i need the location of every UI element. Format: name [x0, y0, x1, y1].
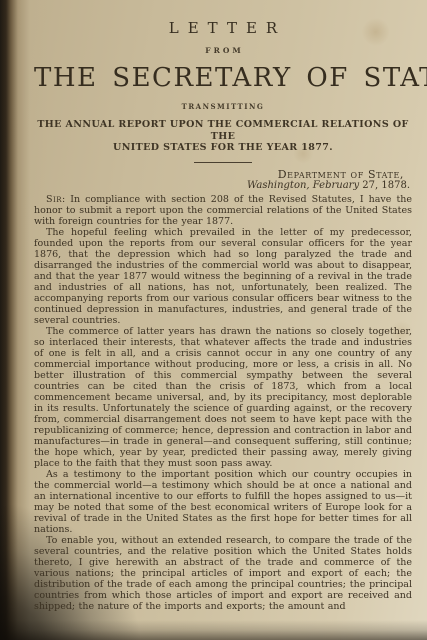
department-line: Department of State, [34, 169, 412, 181]
book-page: LETTER FROM THE SECRETARY OF STATE TRANS… [0, 0, 427, 640]
paragraph: As a testimony to the important position… [34, 469, 412, 535]
transmitting-label: TRANSMITTING [34, 102, 412, 111]
place-date-italic: Washington, February [247, 180, 359, 191]
place-date-line: Washington, February 27, 1878. [34, 180, 412, 192]
paragraph: To enable you, without an extended resea… [34, 535, 412, 612]
report-subtitle: THE ANNUAL REPORT UPON THE COMMERCIAL RE… [34, 119, 412, 154]
from-label: FROM [34, 46, 412, 55]
subtitle-line-2: UNITED STATES FOR THE YEAR 1877. [34, 142, 412, 154]
book-photo: LETTER FROM THE SECRETARY OF STATE TRANS… [0, 0, 427, 640]
paragraph: The commerce of latter years has drawn t… [34, 326, 412, 469]
body-paragraphs: Sir: In compliance with section 208 of t… [34, 194, 412, 612]
salutation: Sir [46, 194, 62, 205]
letter-title: LETTER [34, 19, 412, 37]
paragraph: The hopeful feeling which prevailed in t… [34, 227, 412, 326]
paragraph: Sir: In compliance with section 208 of t… [34, 194, 412, 227]
place-date-roman: 27, 1878. [359, 180, 410, 191]
subtitle-line-1: THE ANNUAL REPORT UPON THE COMMERCIAL RE… [34, 119, 412, 142]
secretary-of-state-title: THE SECRETARY OF STATE [34, 63, 412, 93]
dateline: Department of State, Washington, Februar… [34, 169, 412, 192]
divider-rule [194, 162, 252, 163]
